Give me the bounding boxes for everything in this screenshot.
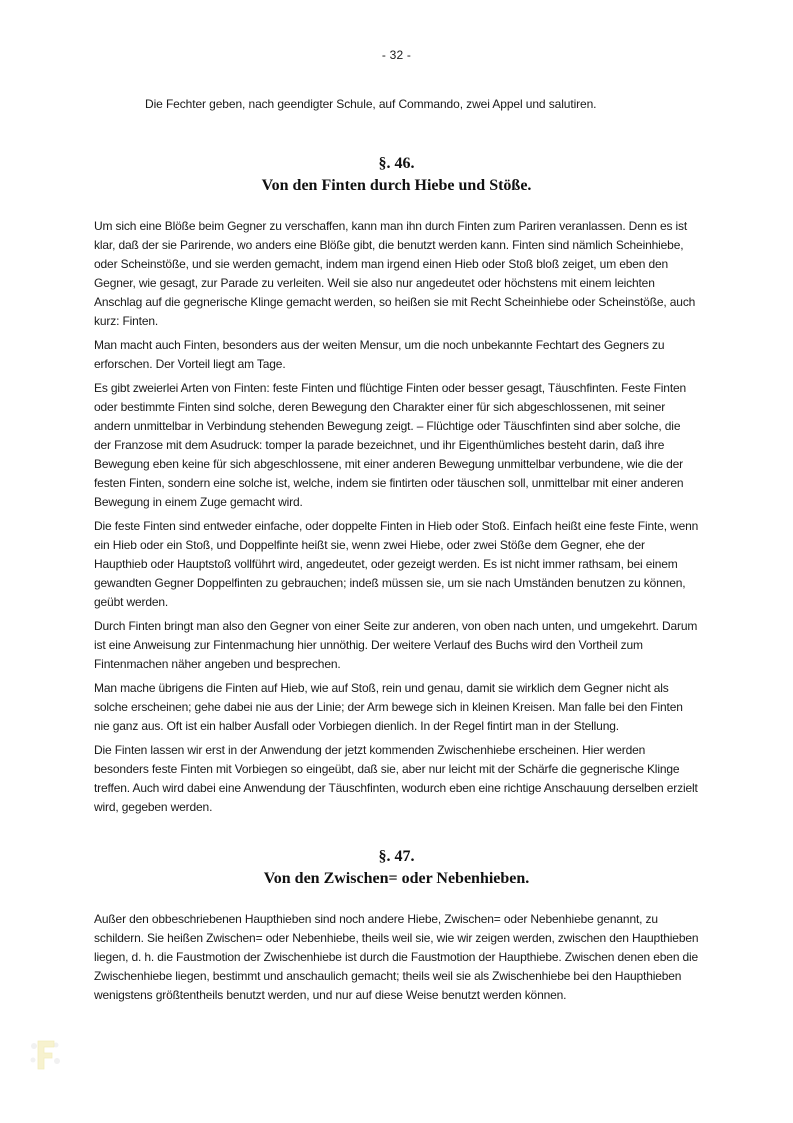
paragraph: Man mache übrigens die Finten auf Hieb, … — [94, 679, 699, 736]
faded-f-logo-icon — [28, 1036, 62, 1074]
section-46: §. 46. Von den Finten durch Hiebe und St… — [94, 153, 699, 822]
intro-line: Die Fechter geben, nach geendigter Schul… — [145, 97, 596, 111]
section-title: Von den Finten durch Hiebe und Stöße. — [94, 175, 699, 197]
paragraph: Außer den obbeschriebenen Haupthieben si… — [94, 910, 699, 1005]
section-47: §. 47. Von den Zwischen= oder Nebenhiebe… — [94, 846, 699, 1010]
section-heading: §. 47. Von den Zwischen= oder Nebenhiebe… — [94, 846, 699, 890]
section-number: §. 46. — [94, 153, 699, 175]
paragraph: Man macht auch Finten, besonders aus der… — [94, 336, 699, 374]
paragraph: Es gibt zweierlei Arten von Finten: fest… — [94, 379, 699, 512]
page-number: - 32 - — [0, 48, 793, 62]
section-number: §. 47. — [94, 846, 699, 868]
paragraph: Durch Finten bringt man also den Gegner … — [94, 617, 699, 674]
section-title: Von den Zwischen= oder Nebenhieben. — [94, 868, 699, 890]
paragraph: Um sich eine Blöße beim Gegner zu versch… — [94, 217, 699, 331]
section-heading: §. 46. Von den Finten durch Hiebe und St… — [94, 153, 699, 197]
paragraph: Die feste Finten sind entweder einfache,… — [94, 517, 699, 612]
paragraph: Die Finten lassen wir erst in der Anwend… — [94, 741, 699, 817]
section-body: Außer den obbeschriebenen Haupthieben si… — [94, 910, 699, 1005]
section-body: Um sich eine Blöße beim Gegner zu versch… — [94, 217, 699, 817]
